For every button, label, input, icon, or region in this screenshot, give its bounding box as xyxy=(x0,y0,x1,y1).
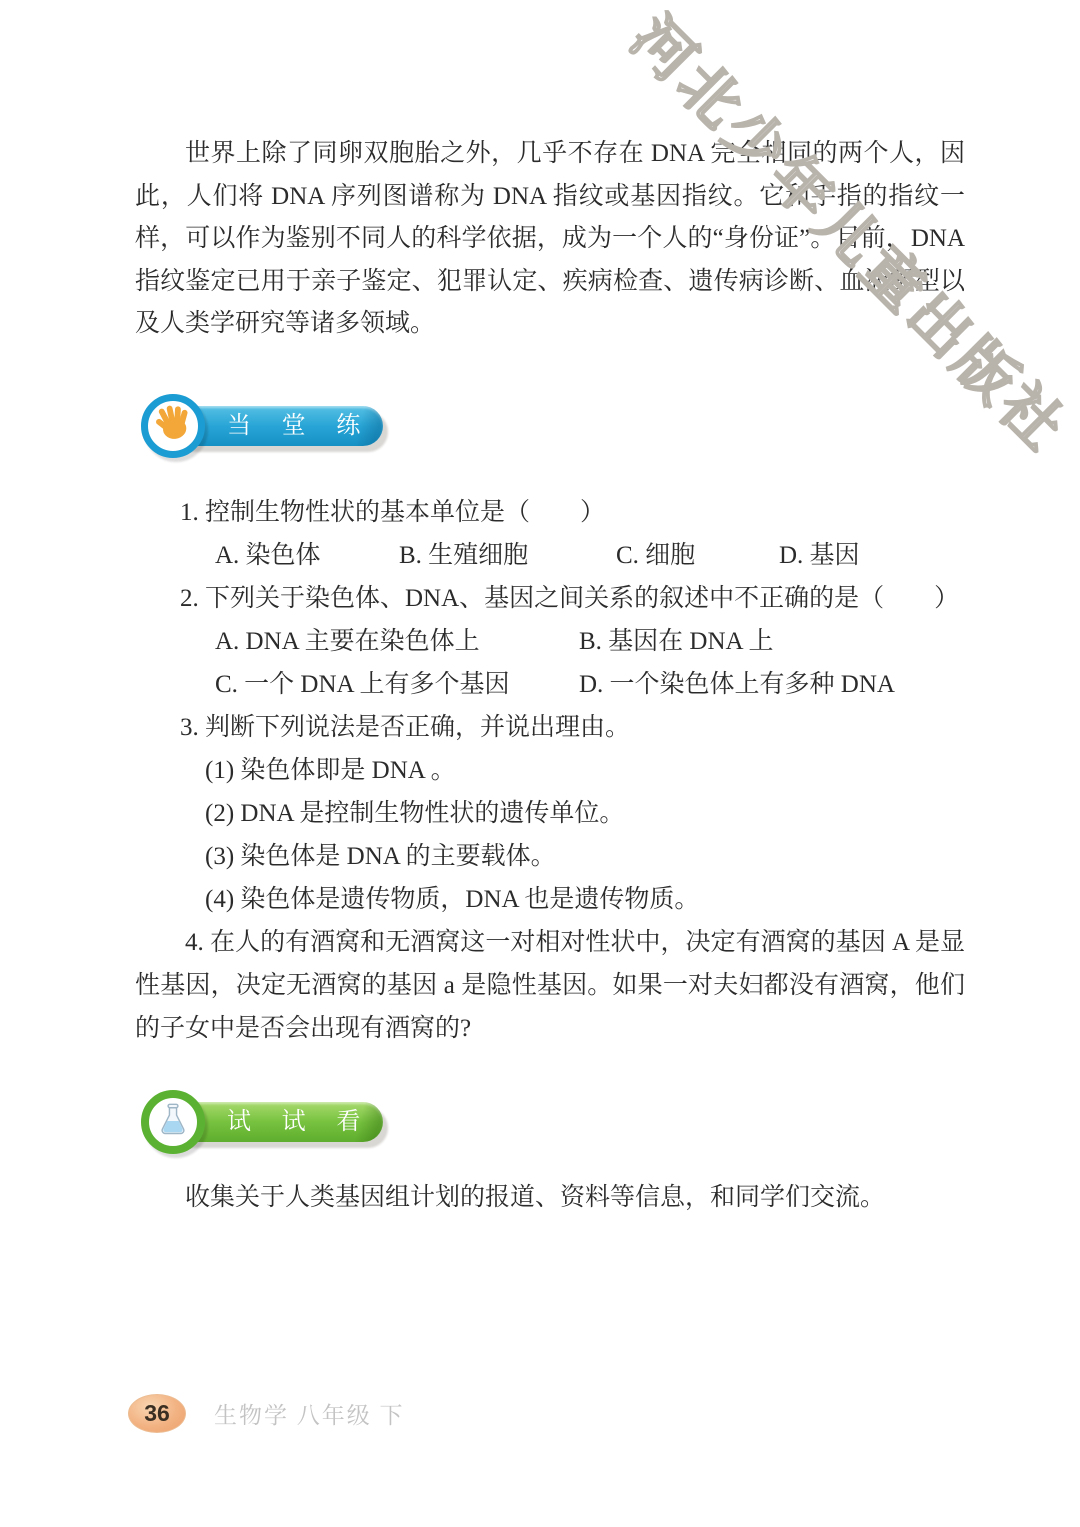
option-b: B. 生殖细胞 xyxy=(399,534,616,577)
option-a: A. DNA 主要在染色体上 xyxy=(215,620,579,663)
question-4: 4. 在人的有酒窝和无酒窝这一对相对性状中，决定有酒窝的基因 A 是显性基因，决… xyxy=(135,921,965,1050)
question-3-subitem-2: (2) DNA 是控制生物性状的遗传单位。 xyxy=(135,792,965,835)
hand-icon xyxy=(153,403,193,448)
page-number-badge: 36 xyxy=(128,1394,186,1433)
option-d: D. 一个染色体上有多种 DNA xyxy=(579,663,965,706)
question-2-options: A. DNA 主要在染色体上 B. 基因在 DNA 上 C. 一个 DNA 上有… xyxy=(135,620,965,706)
option-a: A. 染色体 xyxy=(215,534,399,577)
option-b: B. 基因在 DNA 上 xyxy=(579,620,965,663)
practice-badge-ring xyxy=(141,394,205,458)
question-2: 2. 下列关于染色体、DNA、基因之间关系的叙述中不正确的是（ ） xyxy=(135,577,965,620)
page-footer: 36 生物学 八年级 下 xyxy=(128,1394,405,1433)
flask-icon xyxy=(154,1100,192,1143)
question-3-subitem-1: (1) 染色体即是 DNA 。 xyxy=(135,749,965,792)
page-content: 世界上除了同卵双胞胎之外，几乎不存在 DNA 完全相同的两个人，因此，人们将 D… xyxy=(135,0,965,1219)
try-badge-ring xyxy=(141,1090,205,1154)
question-3-subitem-4: (4) 染色体是遗传物质，DNA 也是遗传物质。 xyxy=(135,878,965,921)
question-1-options: A. 染色体 B. 生殖细胞 C. 细胞 D. 基因 xyxy=(135,534,965,577)
try-instruction: 收集关于人类基因组计划的报道、资料等信息，和同学们交流。 xyxy=(135,1176,965,1219)
intro-paragraph: 世界上除了同卵双胞胎之外，几乎不存在 DNA 完全相同的两个人，因此，人们将 D… xyxy=(135,133,965,346)
try-section-header: 试 试 看 xyxy=(141,1090,965,1154)
textbook-page: 世界上除了同卵双胞胎之外，几乎不存在 DNA 完全相同的两个人，因此，人们将 D… xyxy=(0,0,1080,1527)
question-1: 1. 控制生物性状的基本单位是（ ） xyxy=(135,491,965,534)
book-title: 生物学 八年级 下 xyxy=(214,1397,405,1430)
option-c: C. 细胞 xyxy=(616,534,779,577)
option-d: D. 基因 xyxy=(779,534,860,577)
option-c: C. 一个 DNA 上有多个基因 xyxy=(215,663,579,706)
question-3: 3. 判断下列说法是否正确，并说出理由。 xyxy=(135,706,965,749)
question-3-subitem-3: (3) 染色体是 DNA 的主要载体。 xyxy=(135,835,965,878)
practice-section-header: 当 堂 练 xyxy=(141,394,965,458)
practice-questions: 1. 控制生物性状的基本单位是（ ） A. 染色体 B. 生殖细胞 C. 细胞 … xyxy=(135,491,965,1050)
